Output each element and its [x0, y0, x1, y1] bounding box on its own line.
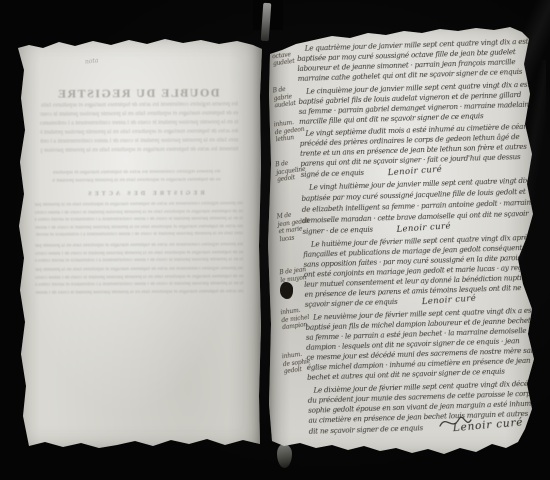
- handwritten-text: signer · de ce enquis: [302, 225, 373, 236]
- showthrough-line: ts en la presente paroisse pendant le co…: [35, 281, 243, 288]
- showthrough-line: ts en la presente paroisse pendant le co…: [35, 257, 243, 264]
- handwritten-line: signer · de ce enquisLenoir curé: [302, 223, 451, 236]
- handwritten-text: sçavoir signer de ce enquis: [305, 297, 398, 309]
- scanned-register-spread: DOUBLE DU REGISTRE les presens registres…: [0, 0, 550, 480]
- showthrough-line: es de baptemes mariages et sepultures fa…: [40, 110, 238, 117]
- showthrough-line: les presens registres contiennent les ac…: [52, 169, 220, 176]
- showthrough-title: DOUBLE DU REGISTRE: [14, 85, 262, 102]
- showthrough-line: ures faits en la presente paroisse penda…: [35, 231, 243, 238]
- showthrough-line: es de baptemes mariages et sepultures fa…: [35, 274, 243, 281]
- binding-cord: [261, 3, 272, 41]
- showthrough-text-block: les presens registres contiennent les ac…: [14, 35, 262, 37]
- left-page: DOUBLE DU REGISTRE les presens registres…: [15, 36, 263, 450]
- showthrough-line: les presens registres contiennent les ac…: [35, 242, 243, 249]
- handwritten-line: signé de ce enquisLenoir curé: [301, 166, 443, 178]
- ink-blot: [280, 282, 293, 298]
- showthrough-line: ts en la presente paroisse pendant le co…: [40, 119, 238, 126]
- showthrough-line: es de baptemes mariages et sepultures fa…: [35, 209, 243, 216]
- cure-signature: Lenoir curé: [397, 222, 452, 234]
- handwritten-text: signé de ce enquis: [301, 168, 364, 179]
- signature-flourish-icon: [438, 412, 474, 432]
- showthrough-line: les actes de baptemes mariages et sepult…: [35, 289, 243, 296]
- showthrough-line: es de baptemes mariages et sepultures fa…: [35, 250, 243, 257]
- showthrough-line: tiennent les actes de baptemes mariages …: [40, 146, 238, 153]
- showthrough-line: les actes de baptemes mariages et sepult…: [35, 224, 243, 231]
- showthrough-line: es de baptemes mariages et sepultures fa…: [53, 177, 221, 184]
- showthrough-line: REGISTRE DES ACTES: [65, 191, 205, 198]
- cure-signature: Lenoir curé: [388, 166, 443, 178]
- showthrough-line: les presens registres contiennent les ac…: [35, 201, 243, 208]
- right-page: B deoctavegudeletB degabrieaudelatinhum.…: [266, 24, 538, 456]
- showthrough-line: ures faits en la presente paroisse penda…: [40, 137, 238, 144]
- showthrough-line: ts en la presente paroisse pendant le co…: [35, 216, 243, 223]
- binding-tail: [277, 444, 292, 468]
- cure-signature: Lenoir curé: [421, 295, 476, 307]
- showthrough-line: les presens registres contiennent les ac…: [35, 266, 243, 273]
- handwritten-text: dit ne sçavoir signer de ce enquis: [309, 423, 423, 436]
- showthrough-line: les actes de baptemes mariages et sepult…: [40, 128, 238, 135]
- print-showthrough: DOUBLE DU REGISTRE les presens registres…: [14, 35, 265, 451]
- showthrough-line: les presens registres contiennent les ac…: [40, 101, 238, 108]
